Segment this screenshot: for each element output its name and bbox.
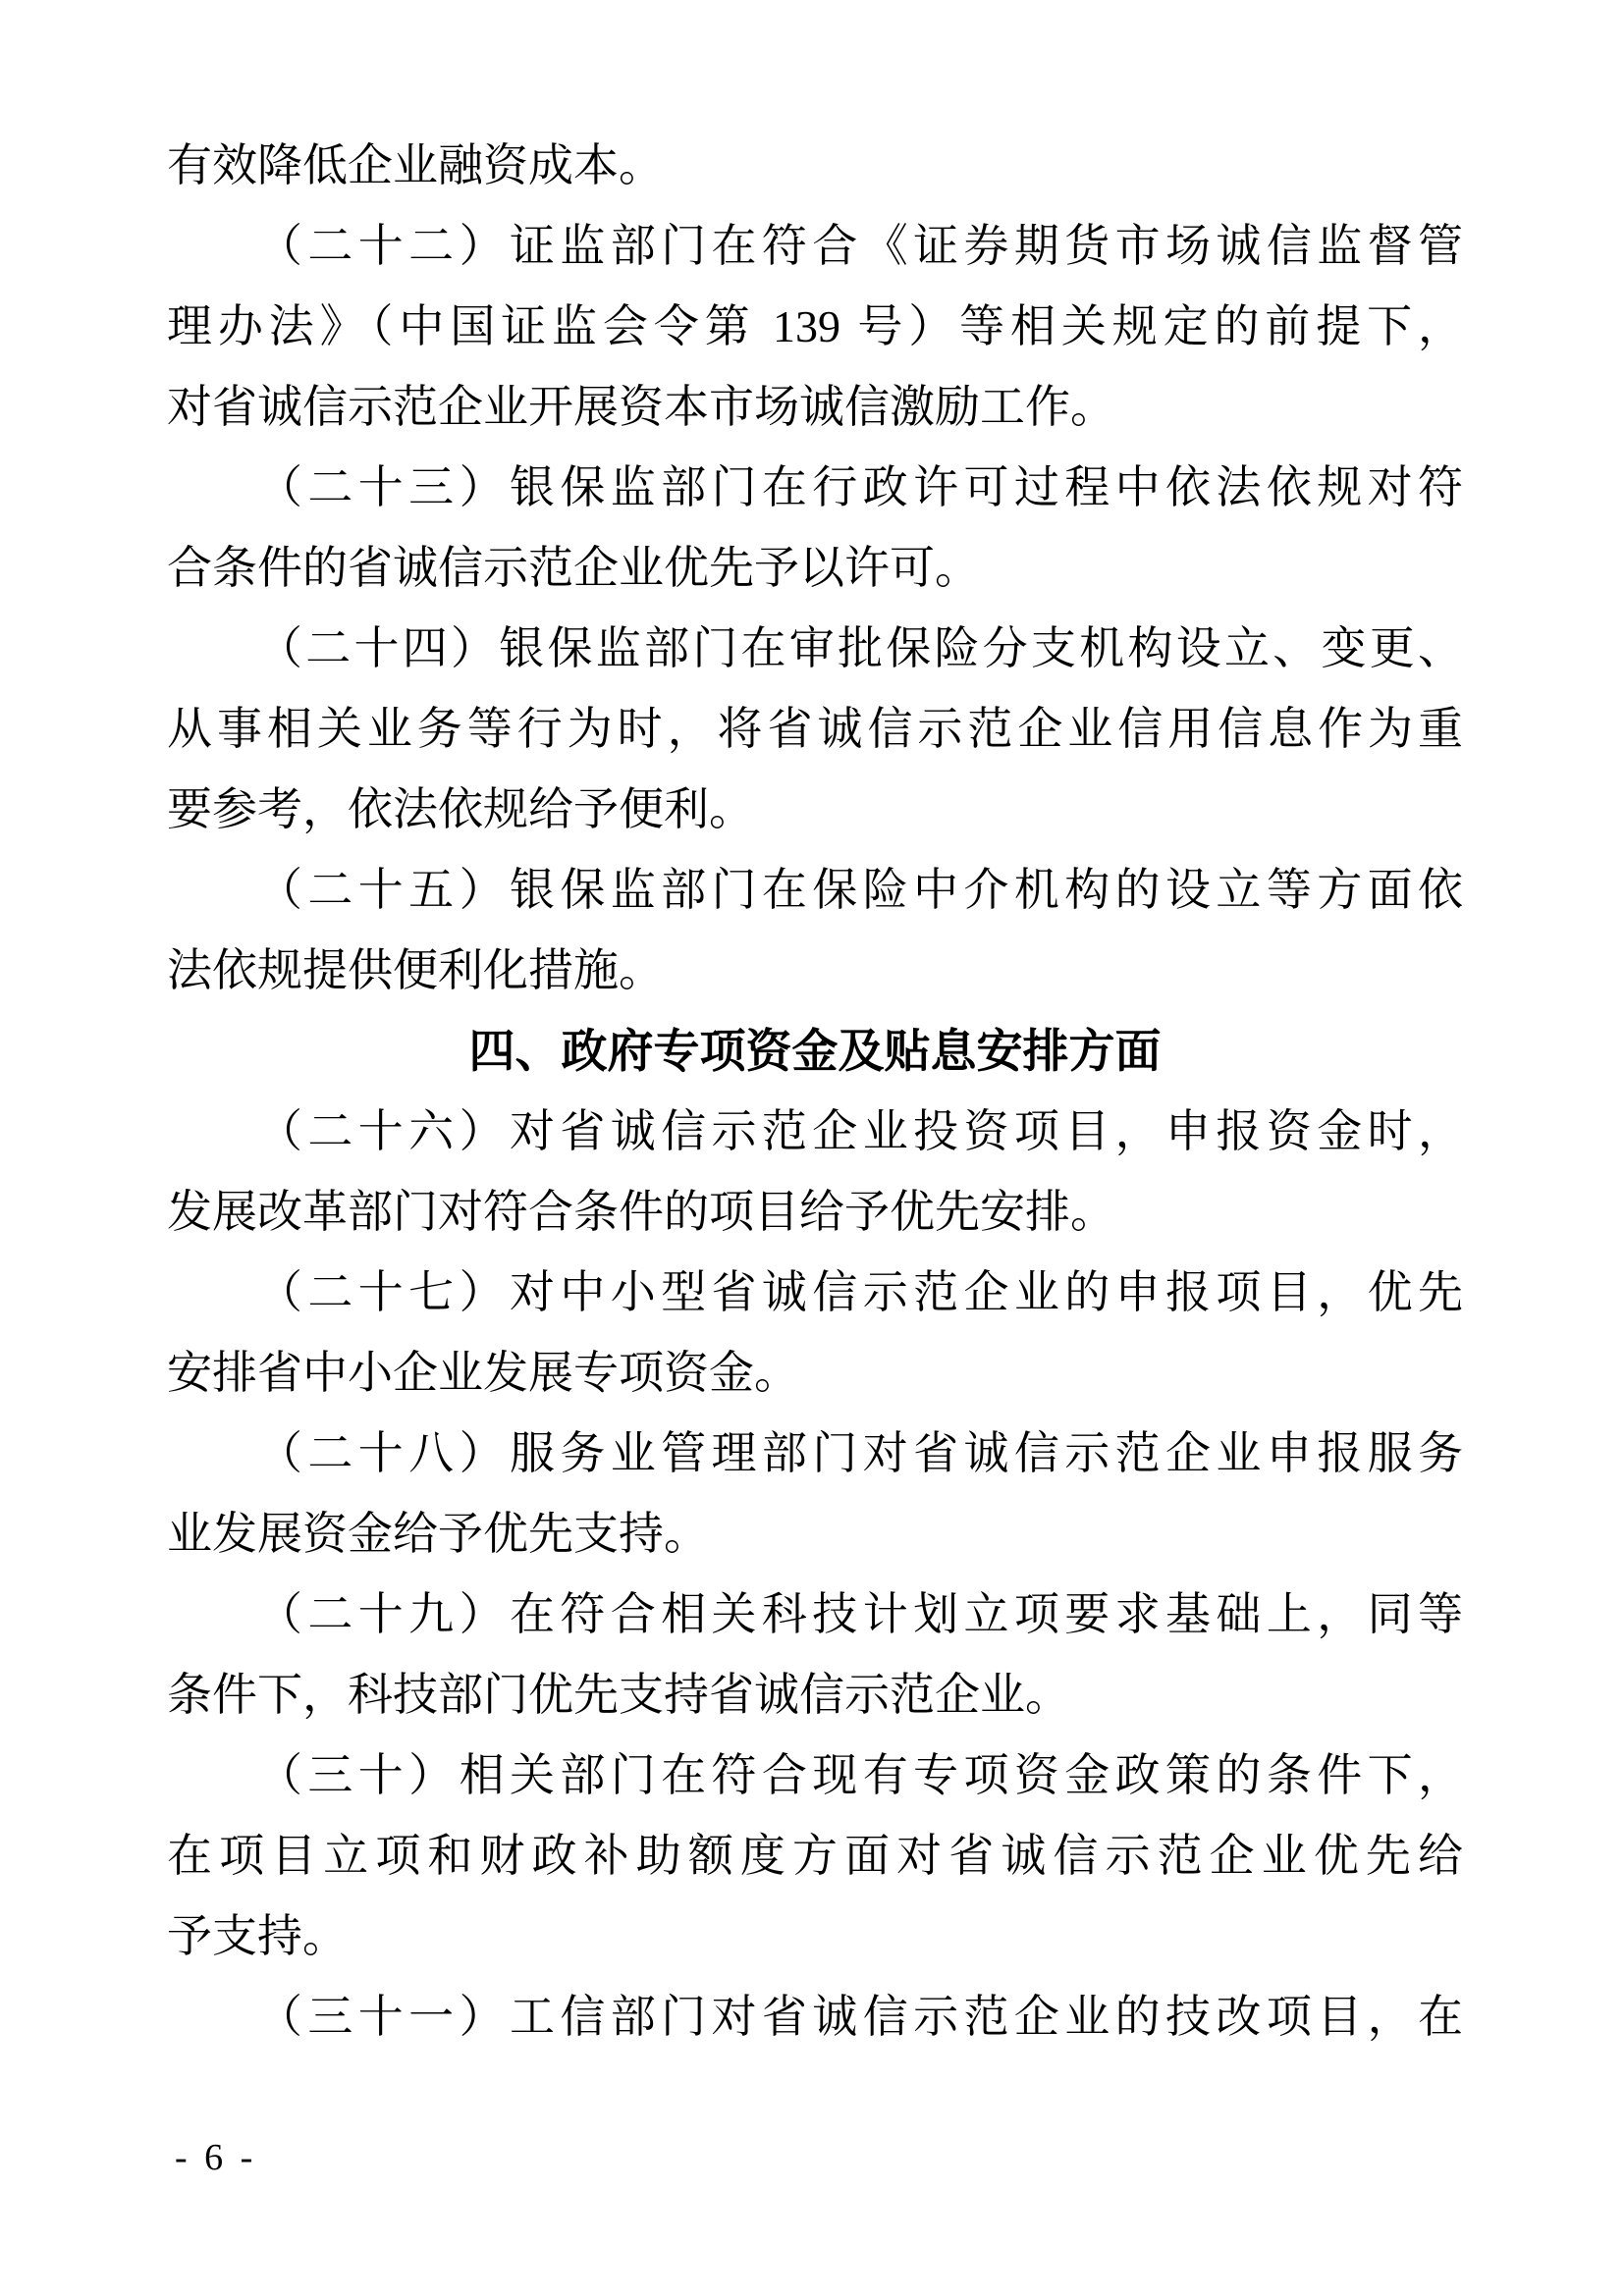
- section-heading: 四、政府专项资金及贴息安排方面: [167, 1011, 1463, 1092]
- text-line: 合条件的省诚信示范企业优先予以许可。: [167, 528, 1463, 609]
- text-line: （二十八）服务业管理部门对省诚信示范企业申报服务: [167, 1414, 1463, 1494]
- text-line: 从事相关业务等行为时，将省诚信示范企业信用信息作为重: [167, 689, 1463, 770]
- document-body: 有效降低企业融资成本。 （二十二）证监部门在符合《证券期货市场诚信监督管 理办法…: [167, 126, 1463, 2057]
- text-line: 在项目立项和财政补助额度方面对省诚信示范企业优先给: [167, 1816, 1463, 1896]
- text-line: （二十九）在符合相关科技计划立项要求基础上，同等: [167, 1575, 1463, 1655]
- text-line: 条件下，科技部门优先支持省诚信示范企业。: [167, 1655, 1463, 1735]
- text-line: 发展改革部门对符合条件的项目给予优先安排。: [167, 1172, 1463, 1253]
- text-line: （二十六）对省诚信示范企业投资项目，申报资金时，: [167, 1092, 1463, 1172]
- text-line: 予支持。: [167, 1896, 1463, 1977]
- text-line: （二十四）银保监部门在审批保险分支机构设立、变更、: [167, 609, 1463, 689]
- text-line: 要参考，依法依规给予便利。: [167, 770, 1463, 850]
- text-line: 有效降低企业融资成本。: [167, 126, 1463, 206]
- text-line: 理办法》（中国证监会令第 139 号）等相关规定的前提下，: [167, 287, 1463, 367]
- page-number: - 6 -: [175, 2128, 256, 2187]
- text-line: 对省诚信示范企业开展资本市场诚信激励工作。: [167, 367, 1463, 448]
- text-line: （二十二）证监部门在符合《证券期货市场诚信监督管: [167, 206, 1463, 287]
- text-line: （二十三）银保监部门在行政许可过程中依法依规对符: [167, 448, 1463, 528]
- text-line: （二十七）对中小型省诚信示范企业的申报项目，优先: [167, 1253, 1463, 1333]
- text-line: 业发展资金给予优先支持。: [167, 1494, 1463, 1575]
- text-line: （二十五）银保监部门在保险中介机构的设立等方面依: [167, 850, 1463, 931]
- text-line: 安排省中小企业发展专项资金。: [167, 1333, 1463, 1414]
- text-line: （三十）相关部门在符合现有专项资金政策的条件下，: [167, 1735, 1463, 1816]
- document-page: 有效降低企业融资成本。 （二十二）证监部门在符合《证券期货市场诚信监督管 理办法…: [0, 0, 1624, 2296]
- text-line: 法依规提供便利化措施。: [167, 931, 1463, 1011]
- text-line: （三十一）工信部门对省诚信示范企业的技改项目，在: [167, 1977, 1463, 2057]
